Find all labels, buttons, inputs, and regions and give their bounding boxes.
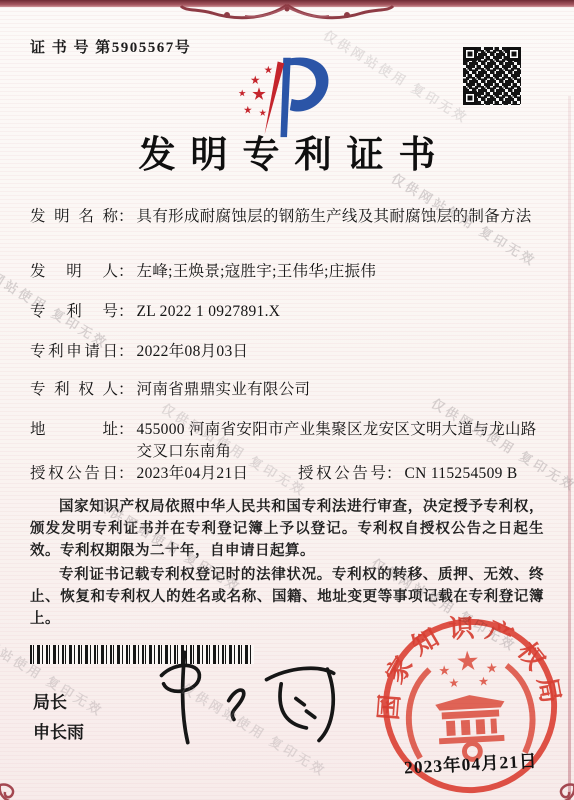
qr-code-icon (463, 47, 521, 105)
director-name: 申长雨 (33, 718, 84, 748)
field-label: 发明名称 (30, 206, 118, 228)
field-colon: ： (118, 261, 137, 283)
legal-paragraph-1: 国家知识产权局依照中华人民共和国专利法进行审查，决定授予专利权，颁发发明专利证书… (30, 496, 544, 562)
field-colon: ： (118, 301, 137, 323)
field-value: ZL 2022 1 0927891.X (137, 301, 546, 323)
page-edge-line (568, 96, 571, 800)
field-filing-date: 专利申请日：2022年08月03日 (30, 341, 546, 363)
field-grant-row: 授权公告日：2023年04月21日 授权公告号：CN 115254509 B (30, 463, 546, 485)
field-colon: ： (118, 341, 137, 363)
field-colon: ： (118, 419, 137, 441)
field-invention-name: 发明名称：具有形成耐腐蚀层的钢筋生产线及其耐腐蚀层的制备方法 (30, 206, 546, 228)
field-colon: ： (386, 463, 405, 485)
field-label: 专利权人 (30, 379, 118, 401)
field-patentee: 专利权人：河南省鼎鼎实业有限公司 (30, 379, 546, 401)
field-label: 授权公告日 (30, 463, 118, 485)
field-value: 河南省鼎鼎实业有限公司 (137, 379, 546, 401)
field-label: 授权公告号 (298, 463, 386, 485)
certificate-number: 证 书 号 第5905567号 (30, 36, 191, 57)
patent-certificate-page: 仅供网站使用 复印无效 仅供网站使用 复印无效 仅供网站使用 复印无效 仅供网站… (0, 0, 574, 800)
director-block: 局长 申长雨 (33, 688, 84, 748)
field-colon: ： (118, 206, 137, 228)
field-value: 2022年08月03日 (137, 341, 546, 363)
field-inventors: 发明人：左峰;王焕景;寇胜宇;王伟华;庄振伟 (30, 261, 546, 283)
field-address: 地址：455000 河南省安阳市产业集聚区龙安区文明大道与龙山路交叉口东南角 (30, 419, 546, 463)
field-value: CN 115254509 B (405, 463, 518, 485)
corner-ornament-left (0, 781, 22, 800)
seal-emblem (405, 647, 534, 762)
field-label: 专利申请日 (30, 341, 118, 363)
top-ornament-flourish (177, 3, 397, 23)
qr-finder-pattern (463, 47, 477, 61)
field-label: 发明人 (30, 261, 118, 283)
field-colon: ： (118, 463, 137, 485)
qr-finder-pattern (463, 91, 477, 105)
field-colon: ： (118, 379, 137, 401)
field-value: 具有形成耐腐蚀层的钢筋生产线及其耐腐蚀层的制备方法 (137, 206, 546, 228)
director-signature-icon (138, 646, 353, 751)
qr-finder-pattern (507, 47, 521, 61)
watermark-text: 仅供网站使用 复印无效 (320, 25, 473, 127)
field-label: 专利号 (30, 301, 118, 323)
field-patent-number: 专利号：ZL 2022 1 0927891.X (30, 301, 546, 323)
field-value: 左峰;王焕景;寇胜宇;王伟华;庄振伟 (137, 261, 546, 283)
certificate-title: 发明专利证书 (0, 124, 574, 178)
field-label: 地址 (30, 419, 118, 441)
director-title: 局长 (33, 688, 84, 718)
field-value: 455000 河南省安阳市产业集聚区龙安区文明大道与龙山路交叉口东南角 (137, 419, 546, 463)
field-grant-number: 授权公告号：CN 115254509 B (298, 463, 518, 485)
